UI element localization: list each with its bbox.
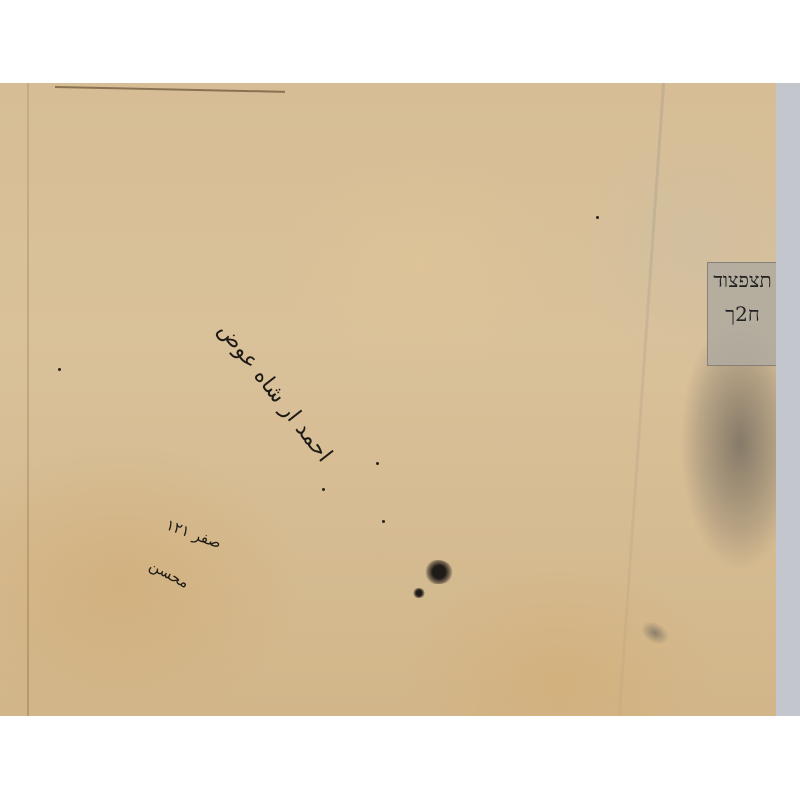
top-edge-crease	[55, 86, 285, 93]
seal-line-1: תצפצוד	[708, 263, 777, 297]
ink-blot-small	[413, 588, 425, 598]
right-fold-line	[618, 83, 665, 716]
ink-dot	[382, 520, 385, 523]
ink-dot	[596, 216, 599, 219]
grey-stain-mark	[637, 617, 673, 649]
seal-stamp: תצפצוד ח2ך	[707, 262, 778, 366]
ink-dot	[322, 488, 325, 491]
ink-dot	[58, 368, 61, 371]
ink-dot	[376, 462, 379, 465]
seal-line-2: ח2ך	[708, 297, 777, 331]
manuscript-paper	[0, 83, 776, 716]
left-fold-line	[27, 83, 29, 716]
ink-blot	[425, 560, 453, 584]
grey-side-strip	[776, 83, 800, 716]
